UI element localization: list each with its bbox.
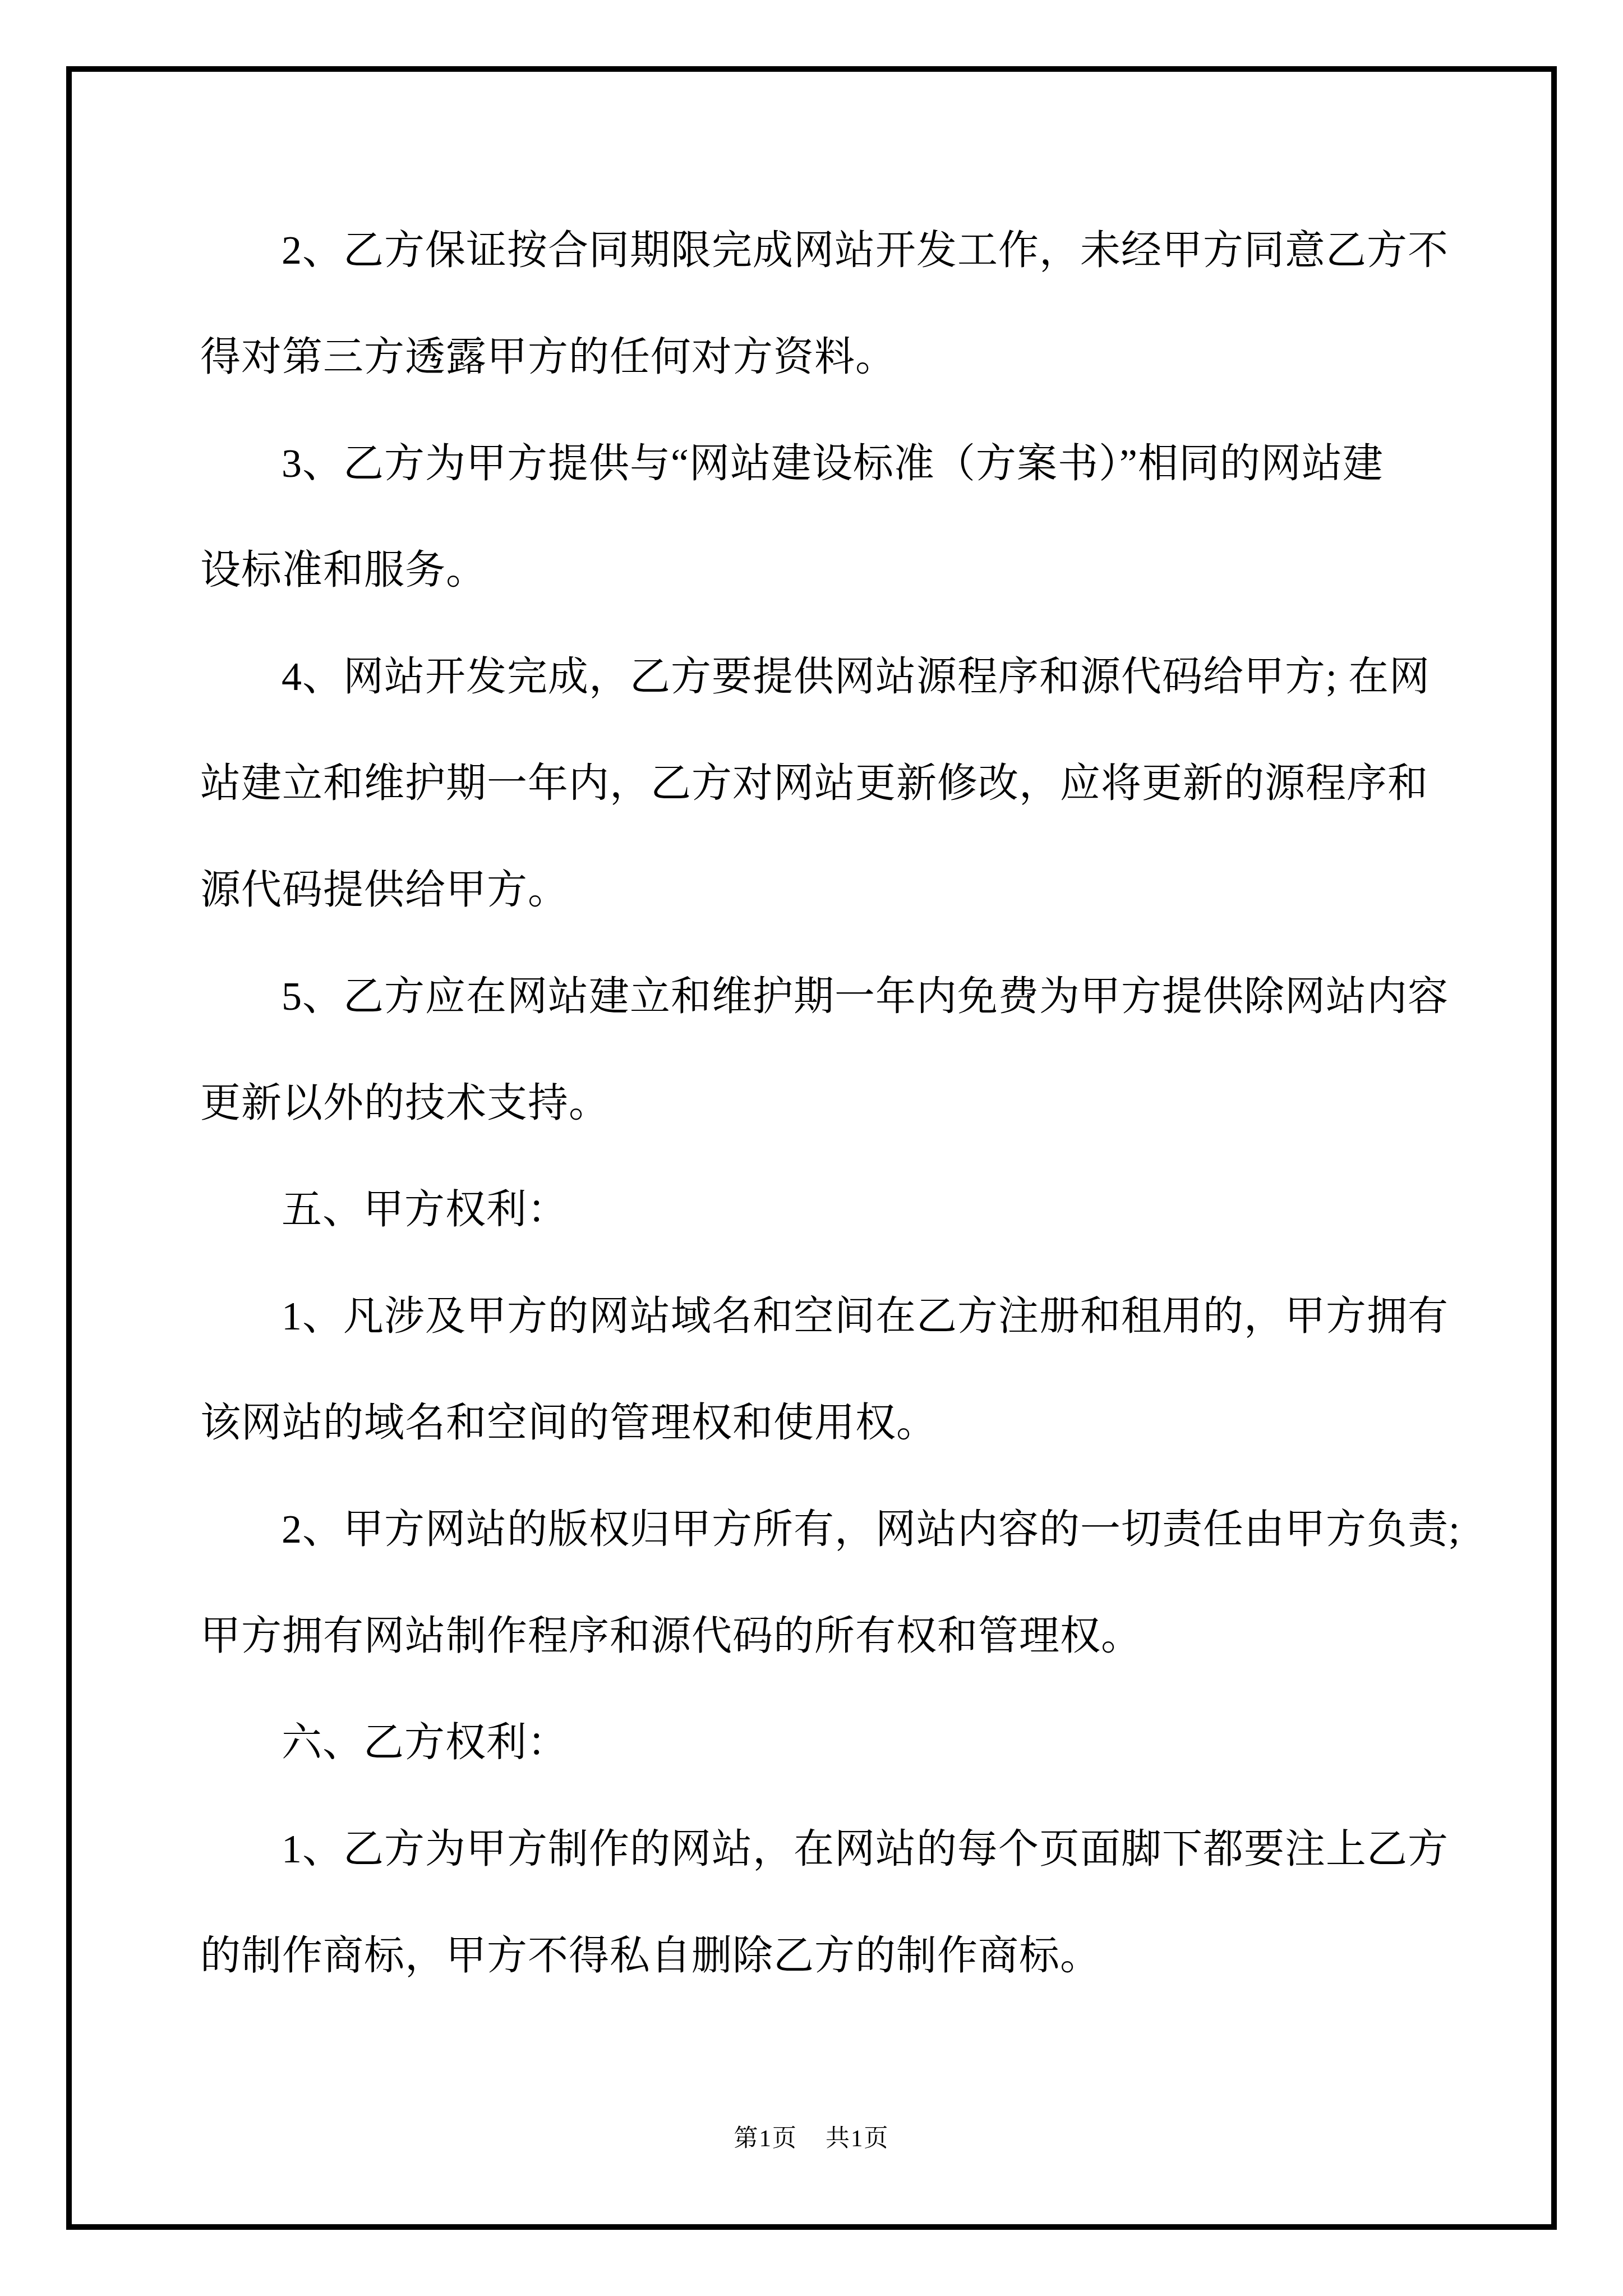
text-line: 该网站的域名和空间的管理权和使用权。 — [200, 1369, 1468, 1476]
text-line: 站建立和维护期一年内，乙方对网站更新修改，应将更新的源程序和 — [200, 730, 1468, 836]
text-line: 5、乙方应在网站建立和维护期一年内免费为甲方提供除网站内容 — [200, 943, 1468, 1050]
text-line: 2、甲方网站的版权归甲方所有，网站内容的一切责任由甲方负责; — [200, 1476, 1468, 1582]
text-line: 设标准和服务。 — [200, 517, 1468, 623]
text-line: 3、乙方为甲方提供与“网站建设标准（方案书）”相同的网站建 — [200, 410, 1468, 517]
text-line: 1、凡涉及甲方的网站域名和空间在乙方注册和租用的，甲方拥有 — [200, 1263, 1468, 1369]
text-line: 甲方拥有网站制作程序和源代码的所有权和管理权。 — [200, 1582, 1468, 1689]
document-page: 2、乙方保证按合同期限完成网站开发工作，未经甲方同意乙方不得对第三方透露甲方的任… — [0, 0, 1623, 2296]
text-line: 六、乙方权利： — [200, 1689, 1468, 1796]
text-line: 2、乙方保证按合同期限完成网站开发工作，未经甲方同意乙方不 — [200, 197, 1468, 303]
text-line: 得对第三方透露甲方的任何对方资料。 — [200, 303, 1468, 410]
page-total: 共1页 — [826, 2125, 889, 2152]
page-footer: 第1页共1页 — [0, 2119, 1623, 2154]
text-line: 4、网站开发完成，乙方要提供网站源程序和源代码给甲方; 在网 — [200, 623, 1468, 730]
text-line: 的制作商标，甲方不得私自删除乙方的制作商标。 — [200, 1902, 1468, 2009]
text-line: 源代码提供给甲方。 — [200, 836, 1468, 943]
document-body: 2、乙方保证按合同期限完成网站开发工作，未经甲方同意乙方不得对第三方透露甲方的任… — [200, 197, 1468, 2009]
text-line: 五、甲方权利： — [200, 1156, 1468, 1263]
page-number: 第1页 — [734, 2125, 798, 2152]
text-line: 1、乙方为甲方制作的网站，在网站的每个页面脚下都要注上乙方 — [200, 1796, 1468, 1902]
text-line: 更新以外的技术支持。 — [200, 1050, 1468, 1156]
